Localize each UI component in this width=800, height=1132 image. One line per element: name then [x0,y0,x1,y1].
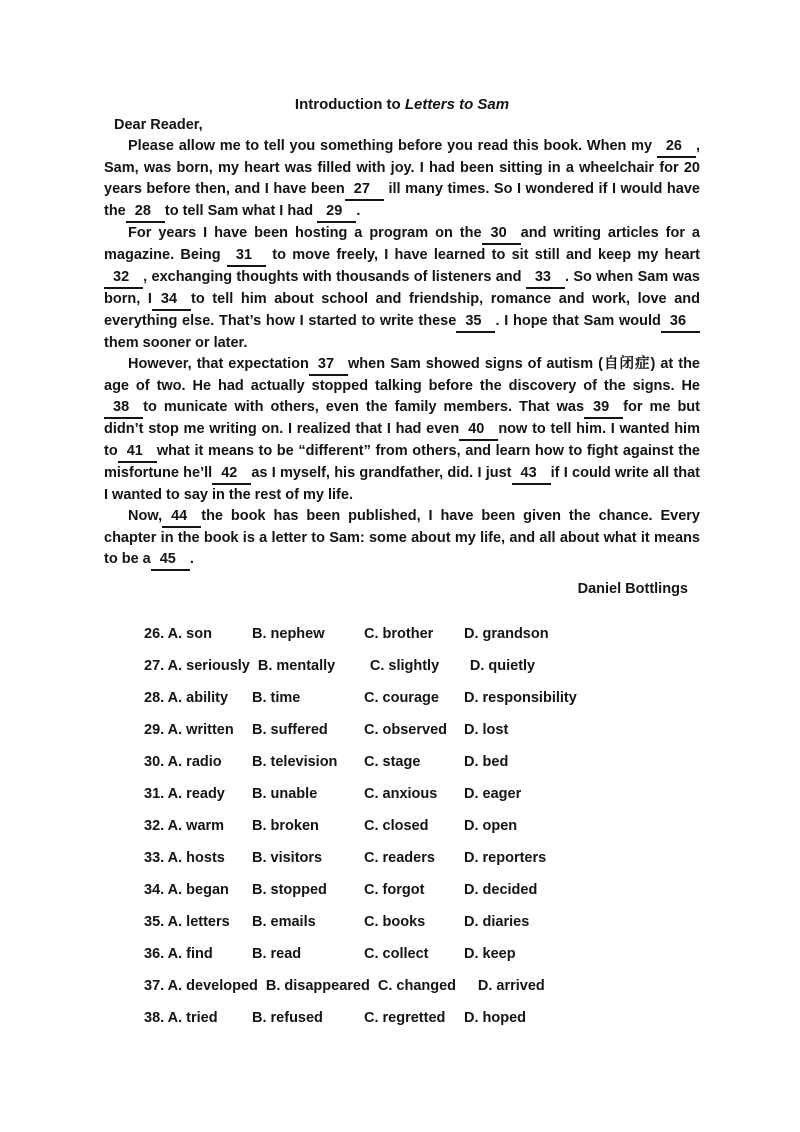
question-option-cell: D. keep [464,944,516,965]
question-option-cell: 32. A. warm [144,816,244,837]
blank-44: 44 [162,507,201,528]
paragraph-text: , exchanging thoughts with thousands of … [143,269,526,285]
question-option-cell: B. emails [252,912,356,933]
question-option-cell: B. visitors [252,848,356,869]
question-option-cell: D. diaries [464,912,529,933]
paragraph-text: them sooner or later. [104,335,247,351]
question-option-cell: D. eager [464,784,521,805]
blank-35: 35 [456,312,495,333]
blank-45: 45 [151,550,190,571]
blank-41: 41 [118,442,157,463]
question-option-cell: B. nephew [252,624,356,645]
blank-27: 27 [345,180,384,201]
question-option-cell: 27. A. seriously [144,656,250,677]
question-option-cell: B. broken [252,816,356,837]
question-option-cell: C. readers [364,848,456,869]
title-book-name: Letters to Sam [405,96,509,113]
blank-28: 28 [126,202,165,223]
question-row-26: 26. A. sonB. nephewC. brotherD. grandson [144,624,700,645]
question-row-31: 31. A. readyB. unableC. anxiousD. eager [144,784,700,805]
question-option-cell: D. reporters [464,848,546,869]
question-row-34: 34. A. beganB. stoppedC. forgotD. decide… [144,880,700,901]
question-option-cell: C. changed [378,976,470,997]
question-option-cell: D. decided [464,880,537,901]
salutation: Dear Reader, [104,115,700,136]
question-option-cell: 35. A. letters [144,912,244,933]
question-option-cell: B. read [252,944,356,965]
paragraph-text: to municate with others, even the family… [143,399,584,415]
question-option-cell: C. slightly [370,656,462,677]
paragraph-text: . I hope that Sam would [495,313,660,329]
document-page: Introduction to Letters to Sam Dear Read… [0,0,800,1132]
question-option-cell: B. refused [252,1008,356,1029]
paragraph-text: . [356,203,360,219]
paragraph-text: Now, [128,508,162,524]
paragraphs: Please allow me to tell you something be… [104,136,700,571]
question-option-cell: D. bed [464,752,508,773]
question-option-cell: B. disappeared [266,976,370,997]
blank-36: 36 [661,312,700,333]
question-option-cell: 29. A. written [144,720,244,741]
blank-29: 29 [317,202,356,223]
question-option-cell: C. observed [364,720,456,741]
question-row-33: 33. A. hostsB. visitorsC. readersD. repo… [144,848,700,869]
question-option-cell: C. regretted [364,1008,456,1029]
question-option-cell: 28. A. ability [144,688,244,709]
paragraph-text: For years I have been hosting a program … [128,225,482,241]
paragraph-text: as I myself, his grandfather, did. I jus… [251,465,511,481]
question-option-cell: D. grandson [464,624,549,645]
question-row-38: 38. A. triedB. refusedC. regrettedD. hop… [144,1008,700,1029]
question-row-30: 30. A. radioB. televisionC. stageD. bed [144,752,700,773]
question-option-cell: 30. A. radio [144,752,244,773]
question-row-29: 29. A. writtenB. sufferedC. observedD. l… [144,720,700,741]
signature: Daniel Bottlings [104,579,700,600]
question-option-cell: C. collect [364,944,456,965]
question-option-cell: C. brother [364,624,456,645]
question-option-cell: C. courage [364,688,456,709]
blank-42: 42 [212,464,251,485]
blank-32: 32 [104,268,143,289]
question-row-36: 36. A. findB. readC. collectD. keep [144,944,700,965]
question-option-cell: 34. A. began [144,880,244,901]
question-option-cell: B. stopped [252,880,356,901]
paragraph-text: However, that expectation [128,356,309,372]
paragraph-3: However, that expectation37when Sam show… [104,354,700,506]
question-option-cell: D. hoped [464,1008,526,1029]
questions-list: 26. A. sonB. nephewC. brotherD. grandson… [144,624,700,1029]
paragraph-1: Please allow me to tell you something be… [104,136,700,223]
question-option-cell: C. stage [364,752,456,773]
question-option-cell: B. mentally [258,656,362,677]
question-option-cell: C. closed [364,816,456,837]
document-title: Introduction to Letters to Sam [104,94,700,115]
paragraph-4: Now,44the book has been published, I hav… [104,506,700,571]
blank-26: 26 [657,137,696,158]
paragraph-text: to tell Sam what I had [165,203,317,219]
question-option-cell: D. lost [464,720,508,741]
paragraph-text: to move freely, I have learned to sit st… [266,247,700,263]
question-option-cell: D. responsibility [464,688,577,709]
paragraph-text: . [190,551,194,567]
question-option-cell: 33. A. hosts [144,848,244,869]
blank-38: 38 [104,398,143,419]
question-option-cell: 26. A. son [144,624,244,645]
blank-31: 31 [227,246,266,267]
blank-37: 37 [309,355,348,376]
question-row-27: 27. A. seriouslyB. mentallyC. slightlyD.… [144,656,700,677]
question-row-28: 28. A. abilityB. timeC. courageD. respon… [144,688,700,709]
question-option-cell: D. open [464,816,517,837]
question-row-35: 35. A. lettersB. emailsC. booksD. diarie… [144,912,700,933]
question-option-cell: 36. A. find [144,944,244,965]
blank-40: 40 [459,420,498,441]
title-prefix: Introduction to [295,96,405,113]
question-option-cell: 31. A. ready [144,784,244,805]
blank-33: 33 [526,268,565,289]
question-option-cell: B. suffered [252,720,356,741]
question-option-cell: B. time [252,688,356,709]
blank-30: 30 [482,224,521,245]
blank-34: 34 [152,290,191,311]
blank-43: 43 [512,464,551,485]
question-row-37: 37. A. developedB. disappearedC. changed… [144,976,700,997]
paragraph-2: For years I have been hosting a program … [104,223,700,354]
paragraph-text: Please allow me to tell you something be… [128,138,657,154]
question-option-cell: B. television [252,752,356,773]
question-option-cell: C. forgot [364,880,456,901]
question-row-32: 32. A. warmB. brokenC. closedD. open [144,816,700,837]
blank-39: 39 [584,398,623,419]
question-option-cell: D. arrived [478,976,545,997]
question-option-cell: D. quietly [470,656,535,677]
question-option-cell: 38. A. tried [144,1008,244,1029]
question-option-cell: B. unable [252,784,356,805]
question-option-cell: C. books [364,912,456,933]
question-option-cell: 37. A. developed [144,976,258,997]
question-option-cell: C. anxious [364,784,456,805]
